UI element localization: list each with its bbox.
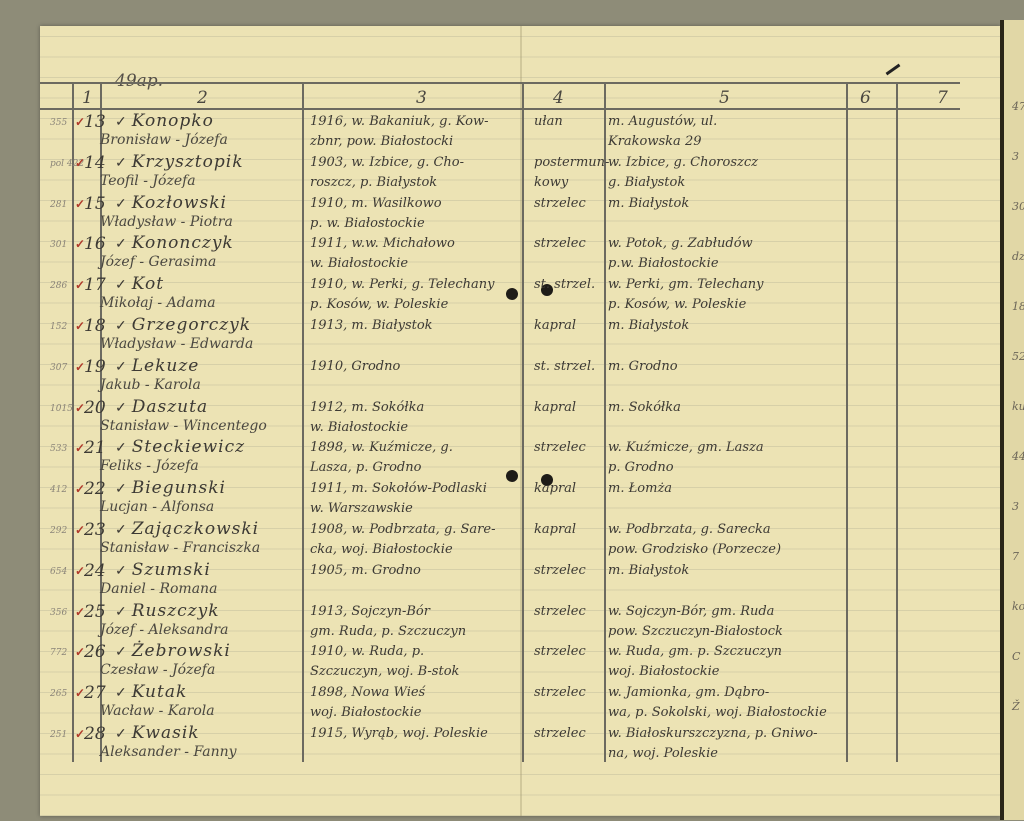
rank: kowy — [534, 175, 568, 190]
check-icon: ✓ — [115, 236, 128, 252]
rank: postermun- — [534, 155, 609, 170]
entry-number: 24 — [84, 561, 106, 581]
given-names: Czesław - Józefa — [100, 662, 215, 678]
margin-number: 654 — [50, 567, 67, 577]
birth-info: 1910, w. Ruda, p. — [310, 644, 424, 659]
check-icon: ✓ — [115, 400, 128, 416]
check-icon: ✓ — [115, 359, 128, 375]
given-names: Stanisław - Franciszka — [100, 540, 260, 556]
surname-text: Szumski — [132, 560, 211, 580]
surname-text: Kot — [132, 274, 164, 294]
entry-number: 28 — [84, 724, 106, 744]
surname: ✓Ruszczyk — [115, 601, 220, 621]
given-names: Daniel - Romana — [100, 581, 217, 597]
address: wa, p. Sokolski, woj. Białostockie — [608, 705, 827, 720]
birth-info: 1915, Wyrąb, woj. Poleskie — [310, 726, 488, 741]
surname-text: Kwasik — [132, 723, 200, 743]
next-page-note: 52 — [1012, 350, 1024, 363]
surname: ✓Daszuta — [115, 397, 208, 417]
next-page-note: kuzaw — [1012, 400, 1024, 413]
margin-number: 533 — [50, 444, 67, 454]
surname-text: Biegunski — [132, 478, 226, 498]
surname-text: Kononczyk — [132, 233, 234, 253]
column-divider — [522, 82, 524, 762]
address: w. Ruda, gm. p. Szczuczyn — [608, 644, 782, 659]
given-names: Teofil - Józefa — [100, 173, 196, 189]
birth-info: 1916, w. Bakaniuk, g. Kow- — [310, 114, 488, 129]
address: pow. Grodzisko (Porzecze) — [608, 542, 781, 557]
rank: ułan — [534, 114, 563, 129]
given-names: Stanisław - Wincentego — [100, 418, 267, 434]
header-rule — [40, 82, 960, 84]
next-page-note: ko — [1012, 600, 1024, 613]
address: w. Białoskurszczyzna, p. Gniwo- — [608, 726, 818, 741]
address: pow. Szczuczyn-Białostock — [608, 624, 783, 639]
address: m. Łomża — [608, 481, 672, 496]
surname: ✓Zajączkowski — [115, 519, 259, 539]
next-page-note: 7 — [1012, 550, 1019, 563]
given-names: Władysław - Piotra — [100, 214, 233, 230]
surname: ✓Konopko — [115, 111, 214, 131]
rank: kapral — [534, 318, 576, 333]
surname-text: Grzegorczyk — [132, 315, 251, 335]
check-icon: ✓ — [115, 155, 128, 171]
margin-number: 265 — [50, 689, 67, 699]
address: p.w. Białostockie — [608, 256, 719, 271]
rank: strzelec — [534, 563, 586, 578]
binding-hole — [506, 470, 518, 482]
surname-text: Kozłowski — [132, 193, 227, 213]
surname: ✓Kwasik — [115, 723, 200, 743]
surname-text: Kutak — [132, 682, 188, 702]
address: woj. Białostockie — [608, 664, 719, 679]
surname: ✓Kot — [115, 274, 164, 294]
entry-number: 23 — [84, 520, 106, 540]
birth-info: 1908, w. Podbrzata, g. Sare- — [310, 522, 496, 537]
birth-info: 1910, m. Wasilkowo — [310, 196, 442, 211]
birth-info: 1898, w. Kuźmicze, g. — [310, 440, 453, 455]
address: w. Jamionka, gm. Dąbro- — [608, 685, 769, 700]
entry-number: 17 — [84, 275, 106, 295]
address: m. Sokółka — [608, 400, 681, 415]
birth-info: roszcz, p. Białystok — [310, 175, 437, 190]
address: w. Kuźmicze, gm. Lasza — [608, 440, 764, 455]
birth-info: p. Kosów, w. Poleskie — [310, 297, 448, 312]
rank: st. strzel. — [534, 359, 595, 374]
birth-info: gm. Ruda, p. Szczuczyn — [310, 624, 466, 639]
rank: kapral — [534, 400, 576, 415]
birth-info: 1903, w. Izbice, g. Cho- — [310, 155, 464, 170]
surname-text: Lekuze — [132, 356, 200, 376]
next-page-note: Ž — [1012, 700, 1020, 713]
surname: ✓Lekuze — [115, 356, 199, 376]
column-divider — [604, 82, 606, 762]
given-names: Mikołaj - Adama — [100, 295, 216, 311]
given-names: Wacław - Karola — [100, 703, 215, 719]
entry-number: 15 — [84, 194, 106, 214]
check-icon: ✓ — [115, 522, 128, 538]
rank: kapral — [534, 522, 576, 537]
entry-number: 21 — [84, 438, 106, 458]
surname-text: Zajączkowski — [132, 519, 259, 539]
entry-number: 22 — [84, 479, 106, 499]
ink-mark — [886, 64, 901, 76]
rank: strzelec — [534, 236, 586, 251]
surname: ✓Kozłowski — [115, 193, 227, 213]
birth-info: woj. Białostockie — [310, 705, 421, 720]
margin-number: 292 — [50, 526, 67, 536]
given-names: Józef - Aleksandra — [100, 622, 228, 638]
address: m. Białystok — [608, 318, 689, 333]
birth-info: w. Białostockie — [310, 420, 408, 435]
surname: ✓Szumski — [115, 560, 211, 580]
surname-text: Steckiewicz — [132, 437, 245, 457]
surname-text: Ruszczyk — [132, 601, 220, 621]
rank: st. strzel. — [534, 277, 595, 292]
address: w. Sojczyn-Bór, gm. Ruda — [608, 604, 774, 619]
check-icon: ✓ — [115, 685, 128, 701]
entry-number: 14 — [84, 153, 106, 173]
surname-text: Konopko — [132, 111, 214, 131]
birth-info: 1911, w.w. Michałowo — [310, 236, 455, 251]
given-names: Aleksander - Fanny — [100, 744, 237, 760]
birth-info: Lasza, p. Grodno — [310, 460, 421, 475]
next-page-edge: 473301dział.18252kuzaw4437koCŽ — [1000, 20, 1024, 820]
column-header-1: 1 — [82, 88, 93, 108]
column-header-3: 3 — [416, 88, 427, 108]
rank: strzelec — [534, 726, 586, 741]
surname-text: Żebrowski — [132, 641, 231, 661]
column-header-4: 4 — [553, 88, 564, 108]
birth-info: Szczuczyn, woj. B-stok — [310, 664, 459, 679]
address: w. Perki, gm. Telechany — [608, 277, 763, 292]
birth-info: w. Białostockie — [310, 256, 408, 271]
check-icon: ✓ — [115, 318, 128, 334]
entry-number: 25 — [84, 602, 106, 622]
check-icon: ✓ — [115, 604, 128, 620]
address: g. Białystok — [608, 175, 685, 190]
check-icon: ✓ — [115, 644, 128, 660]
entry-number: 18 — [84, 316, 106, 336]
check-icon: ✓ — [115, 481, 128, 497]
surname: ✓Kononczyk — [115, 233, 234, 253]
column-header-2: 2 — [197, 88, 208, 108]
column-divider — [846, 82, 848, 762]
given-names: Lucjan - Alfonsa — [100, 499, 214, 515]
address: m. Grodno — [608, 359, 678, 374]
entry-number: 16 — [84, 234, 106, 254]
binding-hole — [506, 288, 518, 300]
address: m. Białystok — [608, 563, 689, 578]
next-page-note: 3 — [1012, 150, 1019, 163]
rank: strzelec — [534, 196, 586, 211]
margin-number: 1015 — [50, 404, 73, 414]
entry-number: 27 — [84, 683, 106, 703]
surname: ✓Krzysztopik — [115, 152, 244, 172]
margin-number: 307 — [50, 363, 67, 373]
surname: ✓Kutak — [115, 682, 187, 702]
rank: strzelec — [534, 604, 586, 619]
rank: strzelec — [534, 685, 586, 700]
address: p. Kosów, w. Poleskie — [608, 297, 746, 312]
check-icon: ✓ — [115, 726, 128, 742]
birth-info: 1913, Sojczyn-Bór — [310, 604, 430, 619]
surname-text: Krzysztopik — [132, 152, 244, 172]
address: p. Grodno — [608, 460, 674, 475]
check-icon: ✓ — [115, 277, 128, 293]
address: m. Białystok — [608, 196, 689, 211]
next-page-note: 47 — [1012, 100, 1024, 113]
surname: ✓Żebrowski — [115, 641, 231, 661]
birth-info: 1905, m. Grodno — [310, 563, 421, 578]
next-page-note: 182 — [1012, 300, 1024, 313]
birth-info: 1910, Grodno — [310, 359, 400, 374]
birth-info: 1912, m. Sokółka — [310, 400, 424, 415]
margin-number: 772 — [50, 648, 67, 658]
surname: ✓Biegunski — [115, 478, 226, 498]
surname: ✓Grzegorczyk — [115, 315, 251, 335]
birth-info: 1911, m. Sokołów-Podlaski — [310, 481, 487, 496]
margin-number: 301 — [50, 240, 67, 250]
margin-number: 281 — [50, 200, 67, 210]
column-header-6: 6 — [860, 88, 871, 108]
rank: strzelec — [534, 644, 586, 659]
address: na, woj. Poleskie — [608, 746, 718, 761]
next-page-note: 44 — [1012, 450, 1024, 463]
birth-info: w. Warszawskie — [310, 501, 413, 516]
column-divider — [302, 82, 304, 762]
birth-info: 1910, w. Perki, g. Telechany — [310, 277, 494, 292]
next-page-note: C — [1012, 650, 1020, 663]
margin-number: 355 — [50, 118, 67, 128]
column-divider — [72, 82, 74, 762]
birth-info: 1913, m. Białystok — [310, 318, 433, 333]
birth-info: cka, woj. Białostockie — [310, 542, 453, 557]
entry-number: 13 — [84, 112, 106, 132]
given-names: Władysław - Edwarda — [100, 336, 253, 352]
margin-number: 286 — [50, 281, 67, 291]
header-rule — [40, 108, 960, 110]
address: w. Podbrzata, g. Sarecka — [608, 522, 771, 537]
margin-number: 251 — [50, 730, 67, 740]
address: Krakowska 29 — [608, 134, 701, 149]
check-icon: ✓ — [115, 196, 128, 212]
column-divider — [896, 82, 898, 762]
next-page-note: dział. — [1012, 250, 1024, 263]
entry-number: 26 — [84, 642, 106, 662]
address: w. Izbice, g. Choroszcz — [608, 155, 758, 170]
column-header-5: 5 — [719, 88, 730, 108]
birth-info: 1898, Nowa Wieś — [310, 685, 425, 700]
next-page-note: 301 — [1012, 200, 1024, 213]
next-page-note: 3 — [1012, 500, 1019, 513]
address: m. Augustów, ul. — [608, 114, 717, 129]
column-header-7: 7 — [937, 88, 948, 108]
rank: kapral — [534, 481, 576, 496]
margin-number: 356 — [50, 608, 67, 618]
check-icon: ✓ — [115, 563, 128, 579]
rank: strzelec — [534, 440, 586, 455]
surname: ✓Steckiewicz — [115, 437, 245, 457]
given-names: Józef - Gerasima — [100, 254, 216, 270]
address: w. Potok, g. Zabłudów — [608, 236, 753, 251]
entry-number: 19 — [84, 357, 106, 377]
check-icon: ✓ — [115, 440, 128, 456]
margin-number: 412 — [50, 485, 67, 495]
check-icon: ✓ — [115, 114, 128, 130]
birth-info: p. w. Białostockie — [310, 216, 425, 231]
header-note: 49ap. — [115, 71, 163, 91]
given-names: Feliks - Józefa — [100, 458, 199, 474]
birth-info: zbnr, pow. Białostocki — [310, 134, 453, 149]
given-names: Jakub - Karola — [100, 377, 201, 393]
surname-text: Daszuta — [132, 397, 208, 417]
margin-number: 152 — [50, 322, 67, 332]
given-names: Bronisław - Józefa — [100, 132, 228, 148]
entry-number: 20 — [84, 398, 106, 418]
